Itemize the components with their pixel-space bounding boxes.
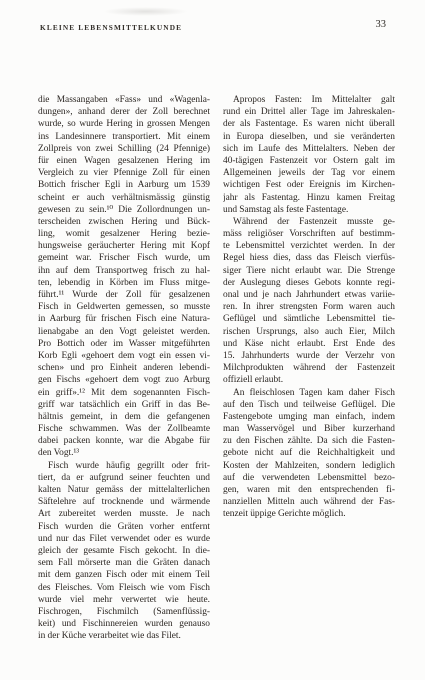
text-line: Fischrogen, Fischmilch (Samenflüssig- xyxy=(38,606,210,618)
text-line: keit) und Fischinnereien wurden genauso xyxy=(38,618,210,630)
text-columns: die Massangaben «Fass» und «Wagenla-dung… xyxy=(38,94,395,642)
text-line: Bottich frischer Egli in Aarburg um 1539 xyxy=(38,179,210,191)
text-line: terscheiden zwischen Hering und Bück- xyxy=(38,216,210,228)
text-line: gen, waren mit den entsprechenden fi- xyxy=(223,484,395,496)
text-line: Vergleich zu vier Pfennige Zoll für eine… xyxy=(38,167,210,179)
text-line: dungen», anhand derer der Zoll berechnet xyxy=(38,106,210,118)
text-line: für einen Wagen gesalzenen Hering im xyxy=(38,155,210,167)
text-line: scheint er auch verhältnismässig günstig xyxy=(38,192,210,204)
text-line: Fisch wurden die Gräten vorher entfernt xyxy=(38,521,210,533)
text-line: des Fleisches. Vom Fleisch wie vom Fisch xyxy=(38,582,210,594)
text-line: sem Fall mörserte man die Gräten danach xyxy=(38,557,210,569)
text-line: wichtigen Fest oder Ereignis im Kirchen- xyxy=(223,179,395,191)
text-line: ten, lebendig in Körben im Fluss mitge- xyxy=(38,277,210,289)
text-line: in der Küche verarbeitet wie das Filet. xyxy=(38,630,210,642)
text-line: tiert, da er aufgrund seiner feuchten un… xyxy=(38,472,210,484)
text-line: onal und je nach Jahrhundert etwas varii… xyxy=(223,289,395,301)
text-column-left: die Massangaben «Fass» und «Wagenla-dung… xyxy=(38,94,210,642)
text-line: sich im Laufe des Mittelalters. Neben de… xyxy=(223,143,395,155)
text-line: gebote nicht auf die Reichhaltigkeit und xyxy=(223,447,395,459)
text-line: Apropos Fasten: Im Mittelalter galt xyxy=(223,94,395,106)
text-line: wurde, so wurde Hering in grossen Mengen xyxy=(38,118,210,130)
text-line: hältnis gemeint, in dem die gefangenen xyxy=(38,411,210,423)
text-line: Art zubereitet werden musste. Je nach xyxy=(38,508,210,520)
text-line: auf den Tisch und teilweise Geflügel. Di… xyxy=(223,399,395,411)
text-line: ins Landesinnere transportiert. Mit eine… xyxy=(38,131,210,143)
text-line: ling, womit gesalzener Hering bezie- xyxy=(38,228,210,240)
text-line: 40-tägigen Fastenzeit vor Ostern galt im xyxy=(223,155,395,167)
text-line: Fastengebote umging man einfach, indem xyxy=(223,411,395,423)
text-line: mäss religiöser Vorschriften auf bestimm… xyxy=(223,228,395,240)
text-line: kalten Natur gemäss der mittelalterliche… xyxy=(38,484,210,496)
text-line: Kosten der Mahlzeiten, sondern lediglich xyxy=(223,460,395,472)
text-line: 15. Jahrhunderts wurde der Verzehr von xyxy=(223,350,395,362)
text-line: führt.¹¹ Wurde der Zoll für gesalzenen xyxy=(38,289,210,301)
text-line: jahr als Fastentag. Hinzu kamen Freitag xyxy=(223,192,395,204)
text-line: griff war tatsächlich ein Griff in das B… xyxy=(38,399,210,411)
text-line: und Samstag als feste Fastentage. xyxy=(223,204,395,216)
text-line: in Aarburg für frischen Fisch eine Natur… xyxy=(38,313,210,325)
text-line: und Käse nicht erlaubt. Erst Ende des xyxy=(223,338,395,350)
scan-artifact xyxy=(103,7,188,16)
text-line: zu den Fischen zählte. Da sich die Faste… xyxy=(223,435,395,447)
text-line: ihn auf dem Transportweg frisch zu hal- xyxy=(38,265,210,277)
page-number: 33 xyxy=(376,19,387,30)
text-line: Regel hiess dies, dass das Fleisch vierf… xyxy=(223,252,395,264)
text-line: Zollpreis von zwei Schilling (24 Pfennig… xyxy=(38,143,210,155)
text-line: gleich der gesamte Fisch gekocht. In die… xyxy=(38,545,210,557)
text-line: Fische schwammen. Was der Zollbeamte xyxy=(38,423,210,435)
text-line: tenzeit üppige Gerichte möglich. xyxy=(223,508,395,520)
text-line: rund ein Drittel aller Tage im Jahreskal… xyxy=(223,106,395,118)
text-line: Während der Fastenzeit musste ge- xyxy=(223,216,395,228)
text-line: Fisch in Geldwerten gemessen, so musste xyxy=(38,301,210,313)
text-line: gewesen zu sein.¹⁰ Die Zollordnungen un- xyxy=(38,204,210,216)
text-line: der als Fastentage. Es waren nicht übera… xyxy=(223,118,395,130)
text-line: te Lebensmittel verzichtet werden. In de… xyxy=(223,240,395,252)
text-line: rischen Ursprungs, also auch Eier, Milch xyxy=(223,326,395,338)
text-line: gen Fischs «gehoert dem vogt zuo Arburg xyxy=(38,374,210,386)
text-line: wurde viel mehr verwertet wie heute. xyxy=(38,594,210,606)
text-line: schen» und pro Einheit anderen lebendi- xyxy=(38,362,210,374)
text-line: Säftelehre auf trocknende und wärmende xyxy=(38,496,210,508)
text-line: den Vogt.¹³ xyxy=(38,447,210,459)
running-head: KLEINE LEBENSMITTELKUNDE xyxy=(40,23,182,32)
text-line: Allgemeinen jeweils der Tag vor einem xyxy=(223,167,395,179)
text-line: auf die verwendeten Lebensmittel bezo- xyxy=(223,472,395,484)
text-line: ein griff».¹² Mit dem sogenannten Fisch- xyxy=(38,387,210,399)
text-line: man Wasservögel und Biber kurzerhand xyxy=(223,423,395,435)
text-line: die Massangaben «Fass» und «Wagenla- xyxy=(38,94,210,106)
text-line: Geflügel und sämtliche Lebensmittel tie- xyxy=(223,313,395,325)
text-line: Pro Bottich oder im Wasser mitgeführten xyxy=(38,338,210,350)
text-line: ren. In ihrer strengsten Form waren auch xyxy=(223,301,395,313)
text-line: hungsweise geräucherter Hering mit Kopf xyxy=(38,240,210,252)
text-line: An fleischlosen Tagen kam daher Fisch xyxy=(223,387,395,399)
text-line: Korb Egli «gehoert dem vogt ein essen vi… xyxy=(38,350,210,362)
book-page: KLEINE LEBENSMITTELKUNDE 33 die Massanga… xyxy=(0,0,425,680)
text-line: in Europa dieselben, und sie veränderten xyxy=(223,131,395,143)
text-line: offiziell erlaubt. xyxy=(223,374,395,386)
text-line: Milchprodukten während der Fastenzeit xyxy=(223,362,395,374)
text-line: und nur das Filet verwendet oder es wurd… xyxy=(38,533,210,545)
text-line: Fisch wurde häufig gegrillt oder frit- xyxy=(38,460,210,472)
text-line: nanziellen Mitteln auch während der Fas- xyxy=(223,496,395,508)
text-line: lienabgabe an den Vogt geleistet werden. xyxy=(38,326,210,338)
text-line: mit dem ganzen Fisch oder mit einem Teil xyxy=(38,569,210,581)
text-column-right: Apropos Fasten: Im Mittelalter galtrund … xyxy=(223,94,395,642)
text-line: dabei packen konnte, war die Abgabe für xyxy=(38,435,210,447)
text-line: der Auslegung dieses Gebots konnte regi- xyxy=(223,277,395,289)
text-line: gemeint war. Frischer Fisch wurde, um xyxy=(38,252,210,264)
text-line: siger Tiere nicht erlaubt war. Die Stren… xyxy=(223,265,395,277)
